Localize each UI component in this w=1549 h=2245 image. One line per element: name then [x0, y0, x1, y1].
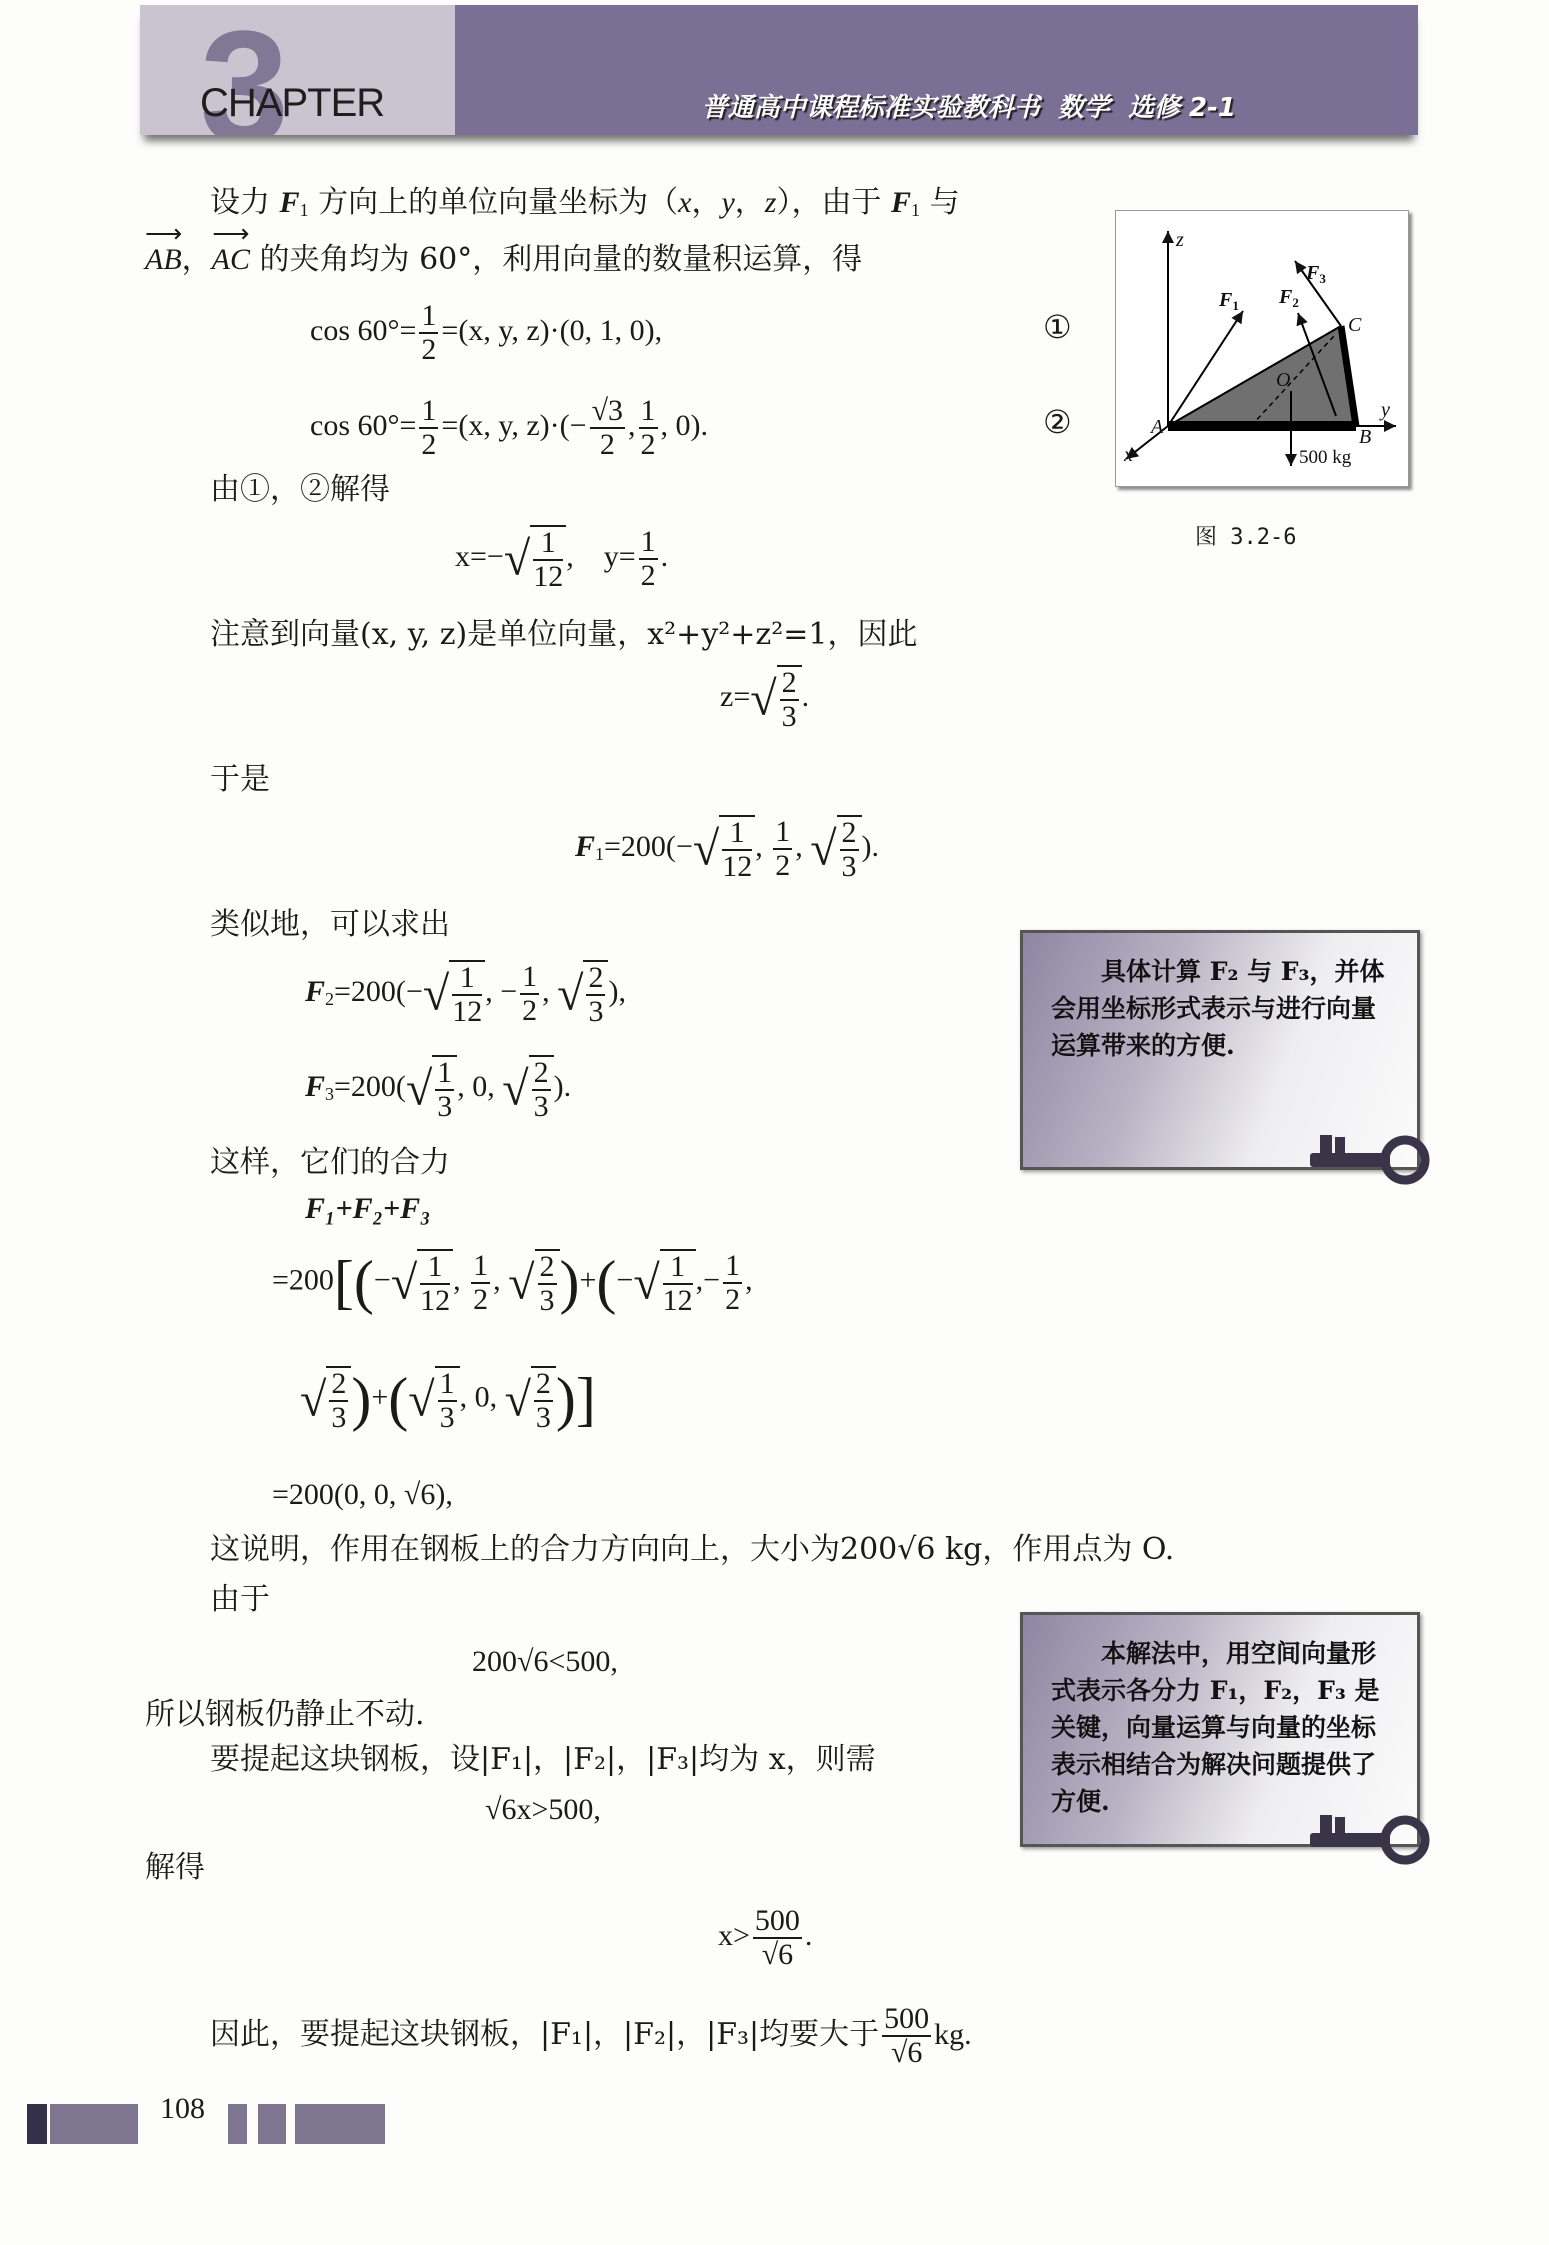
- solution-x-y: x=−√112, y=12.: [455, 525, 668, 593]
- side-note-2-text: 本解法中，用空间向量形式表示各分力 F₁，F₂，F₃ 是关键，向量运算与向量的坐…: [1051, 1635, 1399, 1820]
- chapter-label: CHAPTER: [200, 81, 384, 126]
- footer-bar: [50, 2104, 138, 2144]
- figure-caption: 图 3.2-6: [1195, 520, 1296, 551]
- svg-text:O: O: [1276, 369, 1290, 391]
- book-title: 普通高中课程标准实验教科书 数学 选修 2-1: [702, 87, 1236, 124]
- svg-text:A: A: [1149, 416, 1164, 438]
- svg-text:F1: F1: [1218, 289, 1239, 313]
- equation-1-marker: ①: [1043, 308, 1072, 346]
- f2-vector: F2=200(−√112, −12, √23),: [305, 960, 626, 1028]
- footer-bar: [27, 2104, 47, 2144]
- svg-text:x: x: [1123, 444, 1133, 466]
- footer-bar: [295, 2104, 385, 2144]
- svg-text:500 kg: 500 kg: [1299, 447, 1352, 468]
- solution-z: z=√23.: [720, 665, 809, 733]
- equation-1: cos 60°=12=(x, y, z)·(0, 1, 0),: [310, 300, 662, 366]
- lift-condition: 要提起这块钢板，设|F₁|，|F₂|，|F₃|均为 x，则需: [210, 1740, 876, 1780]
- paragraph-intro-line2: AB，AC 的夹角均为 60°，利用向量的数量积运算，得: [145, 240, 862, 280]
- sum-expansion-line2: √23)+(√13, 0, √23)]: [300, 1365, 596, 1434]
- unit-vector-note: 注意到向量(x, y, z)是单位向量，x²+y²+z²=1，因此: [210, 615, 918, 655]
- svg-text:F3: F3: [1305, 262, 1326, 286]
- solve-intro: 由①，②解得: [210, 470, 390, 510]
- vector-ac: AC: [212, 240, 250, 280]
- sum-label: F₁+F₂+F₃: [305, 1192, 431, 1226]
- conclusion-static: 所以钢板仍静止不动.: [145, 1695, 425, 1735]
- footer-bar: [228, 2104, 247, 2144]
- therefore-label: 于是: [210, 760, 270, 800]
- sum-result: =200(0, 0, √6),: [272, 1478, 453, 1512]
- similarly-label: 类似地，可以求出: [210, 905, 450, 945]
- solve-label-2: 解得: [145, 1848, 205, 1888]
- equation-2: cos 60°=12=(x, y, z)·(−√32,12, 0).: [310, 395, 708, 461]
- key-icon: [1310, 1805, 1430, 1875]
- figure-force-diagram: z y x A B C O F1 F2 F3 500 kg: [1115, 210, 1409, 487]
- final-conclusion: 因此，要提起这块钢板，|F₁|，|F₂|，|F₃|均要大于500√6kg.: [210, 2003, 972, 2069]
- inequality-2: √6x>500,: [485, 1793, 601, 1827]
- paragraph-intro-line1: 设力 F1 方向上的单位向量坐标为（x，y，z），由于 F1 与: [210, 183, 960, 230]
- page-number: 108: [160, 2092, 205, 2126]
- chapter-badge: 3 CHAPTER: [140, 5, 455, 135]
- equation-2-marker: ②: [1043, 403, 1072, 441]
- svg-text:z: z: [1175, 229, 1184, 251]
- svg-text:B: B: [1359, 426, 1371, 448]
- f1-vector: F1=200(−√112, 12, √23).: [575, 815, 879, 883]
- svg-text:F2: F2: [1278, 286, 1299, 310]
- key-icon: [1310, 1125, 1430, 1195]
- x-lower-bound: x>500√6.: [718, 1905, 812, 1971]
- sum-expansion-line1: =200[(−√112, 12, √23)+(−√112,−12,: [272, 1248, 753, 1317]
- explanation: 这说明，作用在钢板上的合力方向向上，大小为200√6 kg，作用点为 O.: [210, 1530, 1174, 1570]
- since-label: 由于: [210, 1580, 270, 1620]
- force-diagram-svg: z y x A B C O F1 F2 F3 500 kg: [1116, 211, 1408, 486]
- footer-bar: [258, 2104, 286, 2144]
- vector-ab: AB: [145, 240, 182, 280]
- side-note-1-text: 具体计算 F₂ 与 F₃，并体会用坐标形式表示与进行向量运算带来的方便.: [1051, 953, 1399, 1064]
- resultant-intro: 这样，它们的合力: [210, 1143, 450, 1183]
- chapter-header-banner: 3 CHAPTER 普通高中课程标准实验教科书 数学 选修 2-1: [140, 5, 1418, 135]
- f3-vector: F3=200(√13, 0, √23).: [305, 1055, 571, 1123]
- svg-text:C: C: [1348, 314, 1362, 336]
- svg-text:y: y: [1379, 399, 1390, 421]
- inequality-1: 200√6<500,: [472, 1645, 618, 1679]
